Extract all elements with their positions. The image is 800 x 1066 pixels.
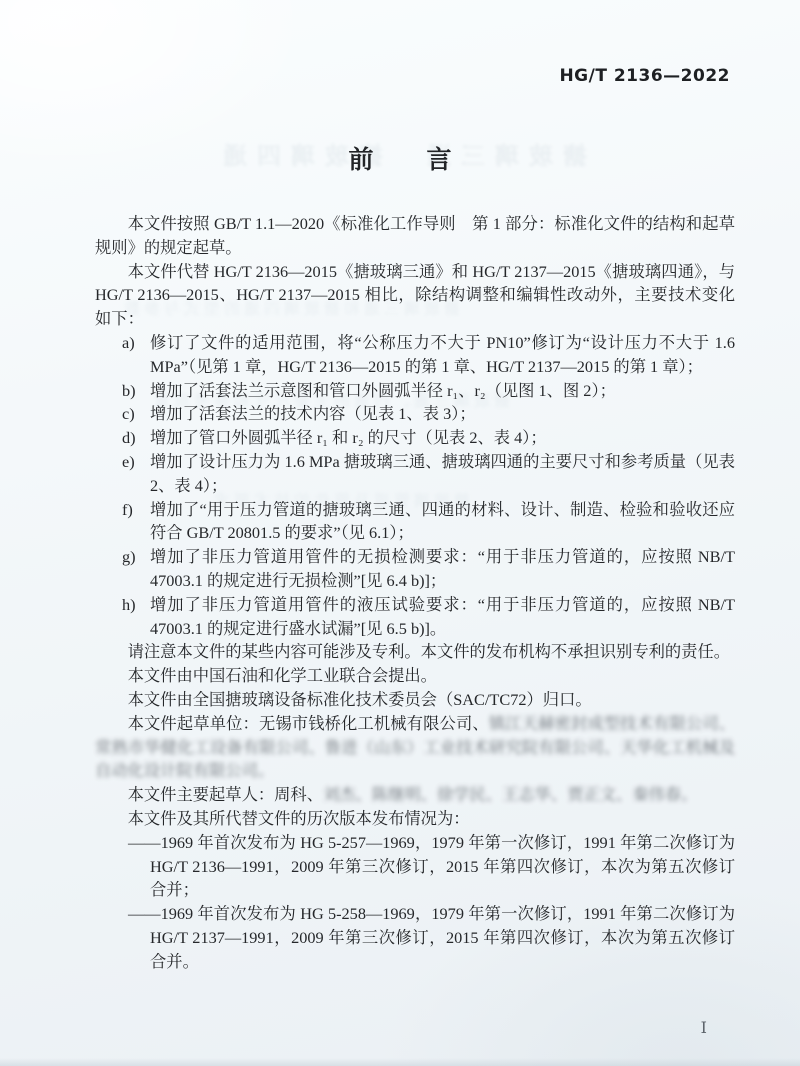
change-item-b: b) 增加了活套法兰示意图和管口外圆弧半径 r₁、r₂（见图 1、图 2）； — [95, 379, 735, 403]
change-text: 增加了“用于压力管道的搪玻璃三通、四通的材料、设计、制造、检验和验收还应符合 G… — [150, 500, 735, 543]
change-text: 增加了非压力管道用管件的无损检测要求：“用于非压力管道的，应按照 NB/T 47… — [150, 547, 735, 590]
page-number: Ⅰ — [701, 1018, 708, 1038]
list-marker: a) — [122, 331, 135, 355]
list-marker: e) — [122, 450, 135, 474]
history-item-1: ——1969 年首次发布为 HG 5-257—1969，1979 年第一次修订，… — [95, 831, 735, 902]
change-item-c: c) 增加了活套法兰的技术内容（见表 1、表 3）； — [95, 402, 735, 426]
paragraph-drafting-rule: 本文件按照 GB/T 1.1—2020《标准化工作导则 第 1 部分：标准化文件… — [95, 212, 735, 260]
paragraph-drafting-units: 本文件起草单位：无锡市钱桥化工机械有限公司、镇江天赫密封成型技术有限公司、常熟市… — [95, 712, 735, 783]
list-marker: h) — [122, 593, 136, 617]
change-item-e: e) 增加了设计压力为 1.6 MPa 搪玻璃三通、搪玻璃四通的主要尺寸和参考质… — [95, 450, 735, 498]
paragraph-proposed-by: 本文件由中国石油和化学工业联合会提出。 — [95, 664, 735, 688]
change-text: 增加了设计压力为 1.6 MPa 搪玻璃三通、搪玻璃四通的主要尺寸和参考质量（见… — [150, 452, 735, 495]
paragraph-drafters: 本文件主要起草人：周科、刘杰、陈继明、徐学民、王志华、贾正文、秦伟春。 — [95, 783, 735, 807]
list-marker: d) — [122, 426, 136, 450]
list-marker: g) — [122, 545, 136, 569]
change-item-f: f) 增加了“用于压力管道的搪玻璃三通、四通的材料、设计、制造、检验和验收还应符… — [95, 498, 735, 546]
change-text: 增加了活套法兰的技术内容（见表 1、表 3）； — [150, 404, 476, 423]
history-item-2: ——1969 年首次发布为 HG 5-258—1969，1979 年第一次修订，… — [95, 902, 735, 973]
dash-marker: —— — [128, 904, 161, 923]
paragraph-centralized-by: 本文件由全国搪玻璃设备标准化技术委员会（SAC/TC72）归口。 — [95, 688, 735, 712]
history-text: 1969 年首次发布为 HG 5-257—1969，1979 年第一次修订，19… — [150, 833, 735, 900]
change-text: 增加了非压力管道用管件的液压试验要求：“用于非压力管道的，应按照 NB/T 47… — [150, 595, 735, 638]
change-item-h: h) 增加了非压力管道用管件的液压试验要求：“用于非压力管道的，应按照 NB/T… — [95, 593, 735, 641]
change-text: 增加了活套法兰示意图和管口外圆弧半径 r₁、r₂（见图 1、图 2）； — [150, 381, 616, 400]
drafting-units-visible: 本文件起草单位：无锡市钱桥化工机械有限公司、 — [128, 714, 489, 733]
document-page: HG/T 2136—2022 搪玻璃三通 搪玻璃四通 搪玻璃三通和搪玻璃四通的型… — [0, 0, 800, 1066]
history-text: 1969 年首次发布为 HG 5-258—1969，1979 年第一次修订，19… — [150, 904, 735, 971]
paragraph-patent-notice: 请注意本文件的某些内容可能涉及专利。本文件的发布机构不承担识别专利的责任。 — [95, 640, 735, 664]
list-marker: f) — [122, 498, 133, 522]
change-item-a: a) 修订了文件的适用范围，将“公称压力不大于 PN10”修订为“设计压力不大于… — [95, 331, 735, 379]
dash-marker: —— — [128, 833, 161, 852]
change-item-d: d) 增加了管口外圆弧半径 r₁ 和 r₂ 的尺寸（见表 2、表 4）； — [95, 426, 735, 450]
foreword-body: 本文件按照 GB/T 1.1—2020《标准化工作导则 第 1 部分：标准化文件… — [95, 212, 735, 974]
page-title: 前 言 — [0, 0, 800, 176]
list-marker: c) — [122, 402, 135, 426]
paragraph-replaces: 本文件代替 HG/T 2136—2015《搪玻璃三通》和 HG/T 2137—2… — [95, 260, 735, 331]
paragraph-history-intro: 本文件及其所代替文件的历次版本发布情况为： — [95, 807, 735, 831]
list-marker: b) — [122, 379, 136, 403]
redacted-text: 刘杰、陈继明、徐学民、王志华、贾正文、秦伟春。 — [323, 785, 697, 804]
drafters-visible: 本文件主要起草人：周科、 — [128, 785, 323, 804]
change-text: 增加了管口外圆弧半径 r₁ 和 r₂ 的尺寸（见表 2、表 4）； — [150, 428, 547, 447]
change-item-g: g) 增加了非压力管道用管件的无损检测要求：“用于非压力管道的，应按照 NB/T… — [95, 545, 735, 593]
change-text: 修订了文件的适用范围，将“公称压力不大于 PN10”修订为“设计压力不大于 1.… — [150, 333, 735, 376]
